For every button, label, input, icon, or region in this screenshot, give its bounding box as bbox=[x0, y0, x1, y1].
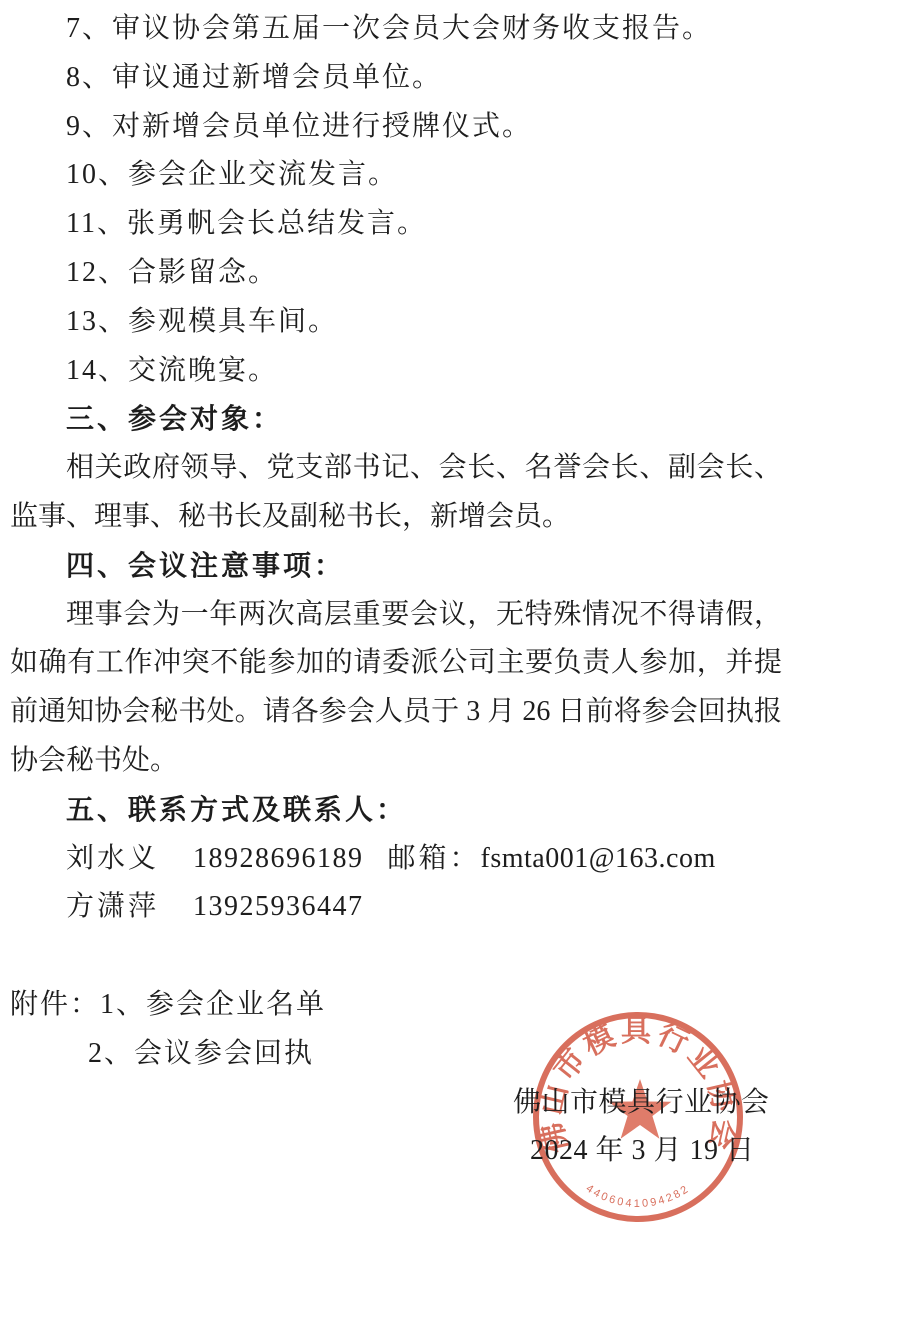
attachments-label: 附件： bbox=[10, 989, 100, 1020]
signature-org: 佛山市模具行业协会 bbox=[513, 1079, 782, 1128]
agenda-item-12: 12、合影留念。 bbox=[10, 249, 782, 298]
contact-row: 刘水义18928696189邮箱：fsmta001@163.com bbox=[10, 835, 782, 884]
section-participants-body: 相关政府领导、党支部书记、会长、名誉会长、副会长、监事、理事、秘书长及副秘书长，… bbox=[10, 444, 782, 542]
attachment-item: 1、参会企业名单 bbox=[100, 989, 326, 1020]
contact-phone: 13925936447 bbox=[193, 891, 364, 922]
agenda-item-14: 14、交流晚宴。 bbox=[10, 347, 782, 396]
signature-date: 2024 年 3 月 19 日 bbox=[530, 1127, 782, 1176]
agenda-item-8: 8、审议通过新增会员单位。 bbox=[10, 54, 782, 103]
document-page: 7、审议协会第五届一次会员大会财务收支报告。 8、审议通过新增会员单位。 9、对… bbox=[0, 0, 900, 1331]
section-contact-heading: 五、联系方式及联系人： bbox=[10, 786, 782, 835]
contact-email: fsmta001@163.com bbox=[481, 843, 716, 874]
seal-registration-code: 4406041094282 bbox=[584, 1183, 693, 1210]
section-notes-body: 理事会为一年两次高层重要会议，无特殊情况不得请假，如确有工作冲突不能参加的请委派… bbox=[10, 591, 782, 786]
contact-name: 方潇萍 bbox=[66, 891, 159, 922]
contact-email-label: 邮箱： bbox=[388, 843, 481, 874]
agenda-item-9: 9、对新增会员单位进行授牌仪式。 bbox=[10, 103, 782, 152]
contact-row: 方潇萍13925936447 bbox=[10, 883, 782, 932]
agenda-item-7: 7、审议协会第五届一次会员大会财务收支报告。 bbox=[10, 5, 782, 54]
agenda-item-11: 11、张勇帆会长总结发言。 bbox=[10, 200, 782, 249]
agenda-item-13: 13、参观模具车间。 bbox=[10, 298, 782, 347]
agenda-item-10: 10、参会企业交流发言。 bbox=[10, 151, 782, 200]
section-participants-heading: 三、参会对象： bbox=[10, 395, 782, 444]
contact-name: 刘水义 bbox=[66, 843, 159, 874]
blank-line bbox=[10, 932, 782, 981]
section-notes-heading: 四、会议注意事项： bbox=[10, 542, 782, 591]
contact-phone: 18928696189 bbox=[193, 843, 364, 874]
